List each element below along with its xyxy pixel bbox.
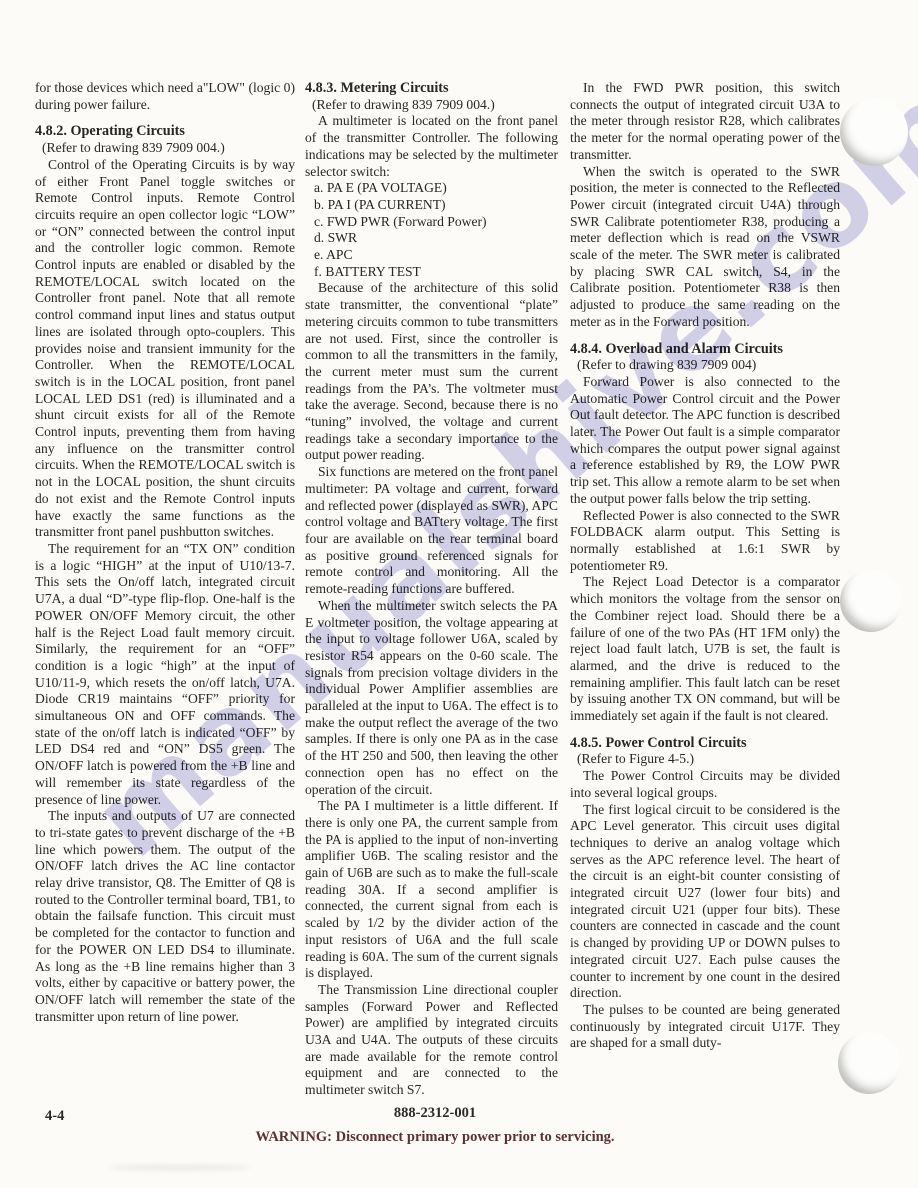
paragraph: In the FWD PWR position, this switch con… (570, 80, 840, 164)
list-item: a. PA E (PA VOLTAGE) (314, 180, 558, 197)
column-2: 4.8.3. Metering Circuits(Refer to drawin… (305, 80, 558, 1099)
paragraph: The requirement for an “TX ON” condition… (35, 541, 295, 808)
section-heading: 4.8.5. Power Control Circuits (570, 735, 840, 752)
section-heading: 4.8.3. Metering Circuits (305, 80, 558, 97)
list-item: f. BATTERY TEST (314, 264, 558, 281)
paragraph: When the multimeter switch selects the P… (305, 598, 558, 798)
reference-line: (Refer to drawing 839 7909 004.) (35, 140, 295, 157)
document-number: 888-2312-001 (0, 1105, 870, 1122)
paragraph: The Reject Load Detector is a comparator… (570, 574, 840, 724)
manual-page: for those devices which need a"LOW" (log… (0, 0, 918, 1188)
paragraph: Because of the architecture of this soli… (305, 280, 558, 464)
paragraph: The first logical circuit to be consider… (570, 802, 840, 1002)
column-1: for those devices which need a"LOW" (log… (35, 80, 295, 1099)
list-item: d. SWR (314, 230, 558, 247)
paragraph: for those devices which need a"LOW" (log… (35, 80, 295, 113)
paragraph: The Transmission Line directional couple… (305, 982, 558, 1099)
paragraph: The pulses to be counted are being gener… (570, 1002, 840, 1052)
list-item: b. PA I (PA CURRENT) (314, 197, 558, 214)
binder-hole-artifact (838, 1032, 900, 1094)
reference-line: (Refer to drawing 839 7909 004) (570, 357, 840, 374)
paragraph: Control of the Operating Circuits is by … (35, 157, 295, 541)
columns: for those devices which need a"LOW" (log… (35, 80, 840, 1099)
binder-hole-artifact (840, 98, 908, 166)
paragraph: When the switch is operated to the SWR p… (570, 164, 840, 331)
warning-text: WARNING: Disconnect primary power prior … (0, 1129, 870, 1146)
reference-line: (Refer to drawing 839 7909 004.) (305, 97, 558, 114)
reference-line: (Refer to Figure 4-5.) (570, 751, 840, 768)
binder-hole-artifact (840, 570, 902, 632)
paragraph: The PA I multimeter is a little differen… (305, 798, 558, 982)
scan-smudge (110, 1164, 250, 1171)
list-item: e. APC (314, 247, 558, 264)
paragraph: Reflected Power is also connected to the… (570, 508, 840, 575)
paragraph: A multimeter is located on the front pan… (305, 113, 558, 180)
paragraph: The Power Control Circuits may be divide… (570, 768, 840, 801)
paragraph: The inputs and outputs of U7 are connect… (35, 808, 295, 1025)
section-heading: 4.8.2. Operating Circuits (35, 123, 295, 140)
paragraph: Six functions are metered on the front p… (305, 464, 558, 598)
selector-options-list: a. PA E (PA VOLTAGE)b. PA I (PA CURRENT)… (305, 180, 558, 280)
column-3: In the FWD PWR position, this switch con… (570, 80, 840, 1099)
list-item: c. FWD PWR (Forward Power) (314, 214, 558, 231)
paragraph: Forward Power is also connected to the A… (570, 374, 840, 508)
section-heading: 4.8.4. Overload and Alarm Circuits (570, 341, 840, 358)
